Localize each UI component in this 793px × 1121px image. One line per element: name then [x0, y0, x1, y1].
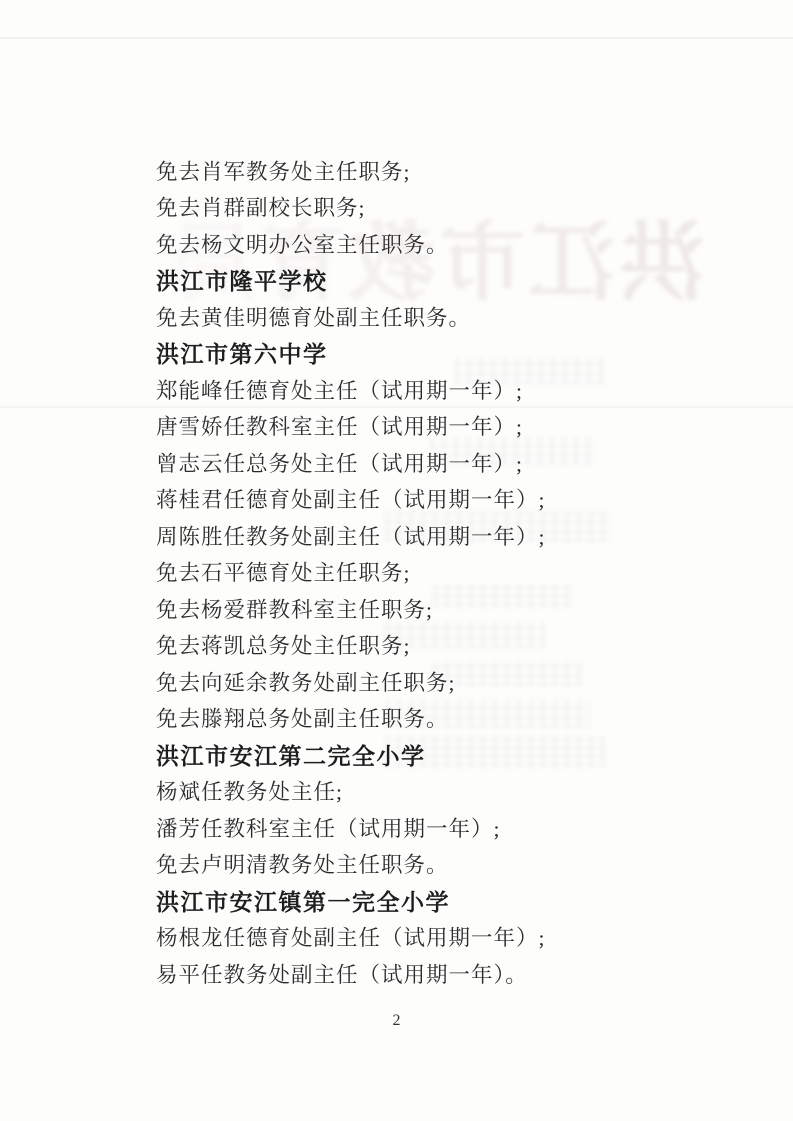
doc-line: 免去黄佳明德育处副主任职务。: [156, 298, 545, 335]
doc-line: 免去向延余教务处副主任职务;: [156, 663, 545, 700]
doc-line: 周陈胜任教务处副主任（试用期一年）;: [156, 517, 545, 554]
doc-line: 郑能峰任德育处主任（试用期一年）;: [156, 371, 545, 408]
doc-line: 杨斌任教务处主任;: [156, 773, 545, 810]
doc-line: 免去杨爱群教科室主任职务;: [156, 590, 545, 627]
doc-line: 免去肖群副校长职务;: [156, 189, 545, 226]
doc-line: 免去卢明清教务处主任职务。: [156, 846, 545, 883]
page-number: 2: [0, 1012, 793, 1030]
section-heading: 洪江市安江第二完全小学: [156, 736, 545, 773]
doc-line: 免去肖军教务处主任职务;: [156, 152, 545, 189]
doc-line: 免去蒋凯总务处主任职务;: [156, 627, 545, 664]
doc-line: 易平任教务处副主任（试用期一年）。: [156, 955, 545, 992]
doc-line: 免去石平德育处主任职务;: [156, 554, 545, 591]
scan-streak: [0, 37, 793, 39]
section-heading: 洪江市隆平学校: [156, 262, 545, 299]
section-heading: 洪江市第六中学: [156, 335, 545, 372]
doc-line: 唐雪娇任教科室主任（试用期一年）;: [156, 408, 545, 445]
doc-line: 曾志云任总务处主任（试用期一年）;: [156, 444, 545, 481]
document-page: 洪江市教育局 免去肖军教务处主任职务; 免去肖群副校长职务; 免去杨文明办公室主…: [0, 0, 793, 1121]
doc-line: 潘芳任教科室主任（试用期一年）;: [156, 809, 545, 846]
doc-line: 免去杨文明办公室主任职务。: [156, 225, 545, 262]
doc-line: 蒋桂君任德育处副主任（试用期一年）;: [156, 481, 545, 518]
section-heading: 洪江市安江镇第一完全小学: [156, 882, 545, 919]
doc-line: 杨根龙任德育处副主任（试用期一年）;: [156, 919, 545, 956]
document-body: 免去肖军教务处主任职务; 免去肖群副校长职务; 免去杨文明办公室主任职务。 洪江…: [156, 152, 545, 992]
doc-line: 免去滕翔总务处副主任职务。: [156, 700, 545, 737]
